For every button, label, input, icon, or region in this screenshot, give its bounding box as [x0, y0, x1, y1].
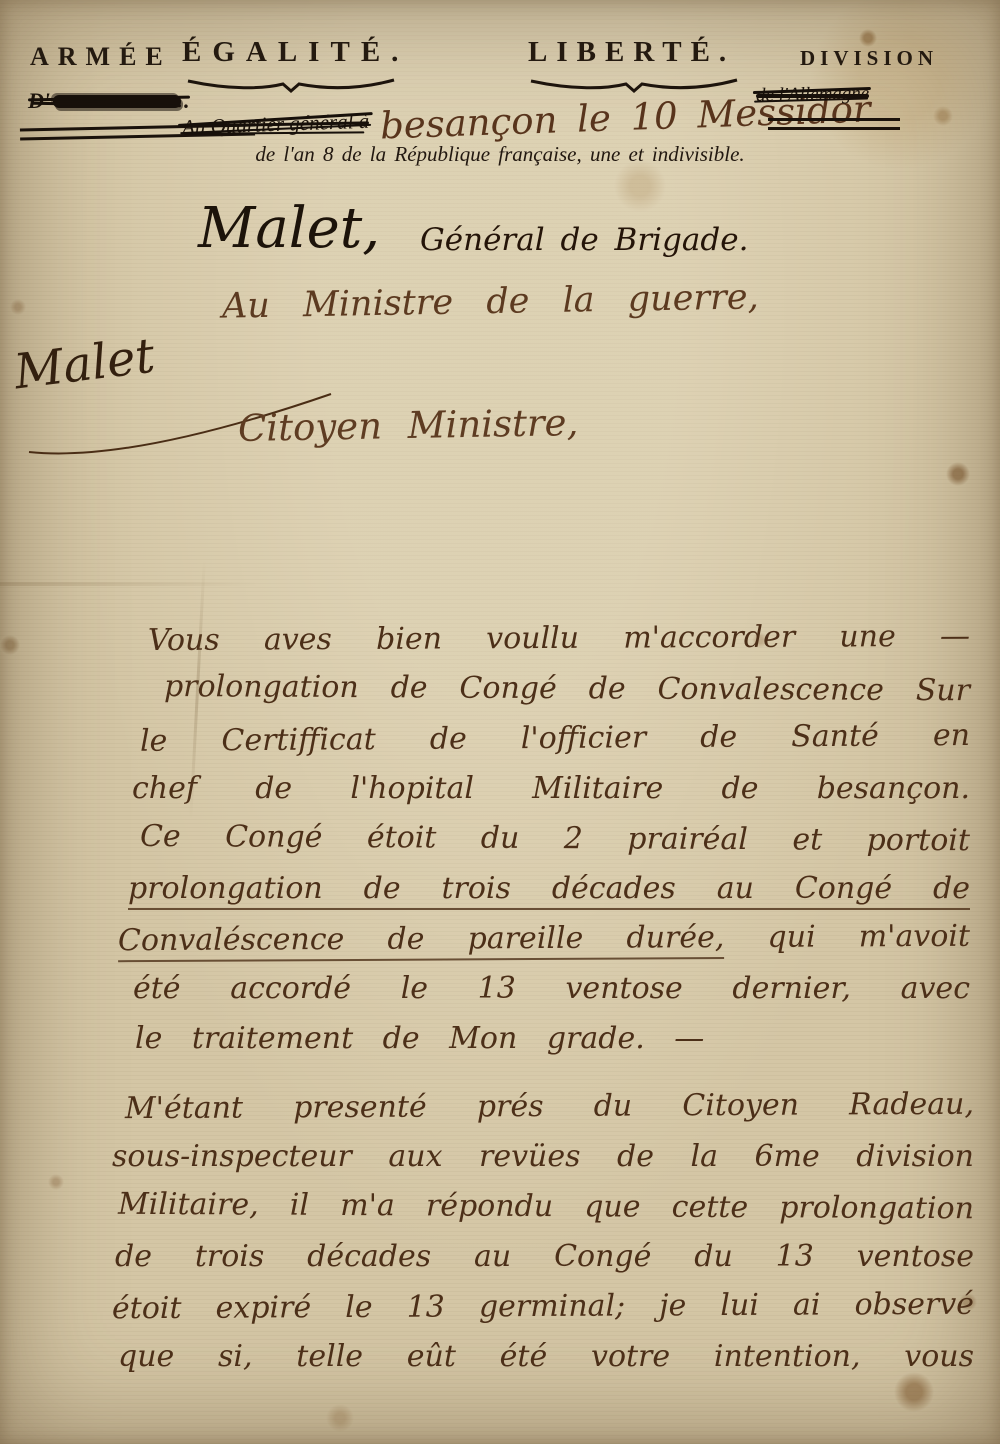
addressee-line: Au Ministre de la guerre, [222, 277, 759, 326]
line-text: prolongation de Congé de Convalescence S… [164, 669, 970, 708]
letter-body-line: Vous aves bien voullu m'accorder une — [112, 612, 970, 666]
double-rule-right [768, 118, 900, 130]
letter-body-line: chef de l'hopital Militaire de besançon. [112, 764, 970, 814]
struck-division-name: de l'Allemagne [756, 83, 870, 107]
letter-body-line: de trois décades au Congé du 13 ventose [108, 1232, 974, 1282]
line-text: de trois décades au Congé du 13 ventose [115, 1239, 974, 1274]
letter-body-line: prolongation de Congé de Convalescence S… [112, 662, 970, 716]
letter-body-line: le Certifficat de l'officier de Santé en [112, 711, 970, 767]
letter-body-line: Militaire, il m'a répondu que cette prol… [108, 1180, 974, 1235]
author-rank: Général de Brigade. [420, 222, 748, 258]
letter-body-line: que si, telle eût été votre intention, v… [108, 1332, 974, 1382]
letter-body-line: Ce Congé étoit du 2 prairéal et portoit [112, 812, 970, 866]
line-text: que si, telle eût été votre intention, v… [118, 1339, 974, 1374]
line-text: le Certifficat de l'officier de Santé en [140, 718, 970, 759]
body-paragraph-2: M'étant presenté prés du Citoyen Radeau,… [108, 1082, 974, 1382]
salutation: Citoyen Ministre, [238, 401, 579, 450]
letter-body-line: le traitement de Mon grade. — [112, 1014, 970, 1064]
line-text: Ce Congé étoit du 2 prairéal et portoit [140, 819, 970, 858]
line-text: Vous aves bien voullu m'accorder une — [148, 619, 970, 658]
letter-page: ARMÉE ÉGALITÉ. LIBERTÉ. DIVISION D' . Au… [0, 0, 1000, 1444]
line-text: sous-inspecteur aux revües de la 6me div… [112, 1139, 974, 1174]
line-text: M'étant presenté prés du Citoyen Radeau, [125, 1087, 974, 1126]
line-text: qui m'avoit [724, 919, 970, 955]
letterhead-armee: ARMÉE [30, 42, 172, 72]
paper-crease [0, 582, 260, 586]
republic-line: de l'an 8 de la République française, un… [255, 142, 744, 167]
line-text: été accordé le 13 ventose dernier, avec [133, 971, 970, 1006]
brace-ornament-icon [528, 74, 740, 94]
letterhead-liberte: LIBERTÉ. [528, 36, 735, 69]
letter-body-line: été accordé le 13 ventose dernier, avec [112, 964, 970, 1014]
line-underlined-text: prolongation de trois décades au Congé d… [128, 871, 970, 910]
body-paragraph-1: Vous aves bien voullu m'accorder une — p… [112, 614, 970, 1064]
line-text: étoit expiré le 13 germinal; je lui ai o… [112, 1287, 974, 1327]
line-text: chef de l'hopital Militaire de besançon. [132, 771, 970, 806]
struck-hq-line: Au Quartier général à [182, 109, 370, 141]
letter-body-line: prolongation de trois décades au Congé d… [112, 864, 970, 914]
letter-body-line: Convaléscence de pareille durée, qui m'a… [112, 912, 970, 966]
line-underlined-text: Convaléscence de pareille durée, [118, 920, 725, 962]
letter-body-line: sous-inspecteur aux revües de la 6me div… [108, 1132, 974, 1182]
struck-army-period: . [184, 88, 190, 114]
letterhead-division: DIVISION [800, 46, 938, 71]
struck-army-name: D' . [28, 88, 190, 114]
line-text: Militaire, il m'a répondu que cette prol… [118, 1187, 974, 1226]
line-text: le traitement de Mon grade. — [135, 1021, 704, 1056]
author-name: Malet, [198, 196, 380, 261]
letterhead-egalite: ÉGALITÉ. [182, 36, 409, 69]
letter-body-line: M'étant presenté prés du Citoyen Radeau, [108, 1080, 974, 1135]
letter-body-line: étoit expiré le 13 germinal; je lui ai o… [108, 1280, 974, 1335]
brace-ornament-icon [185, 74, 397, 94]
